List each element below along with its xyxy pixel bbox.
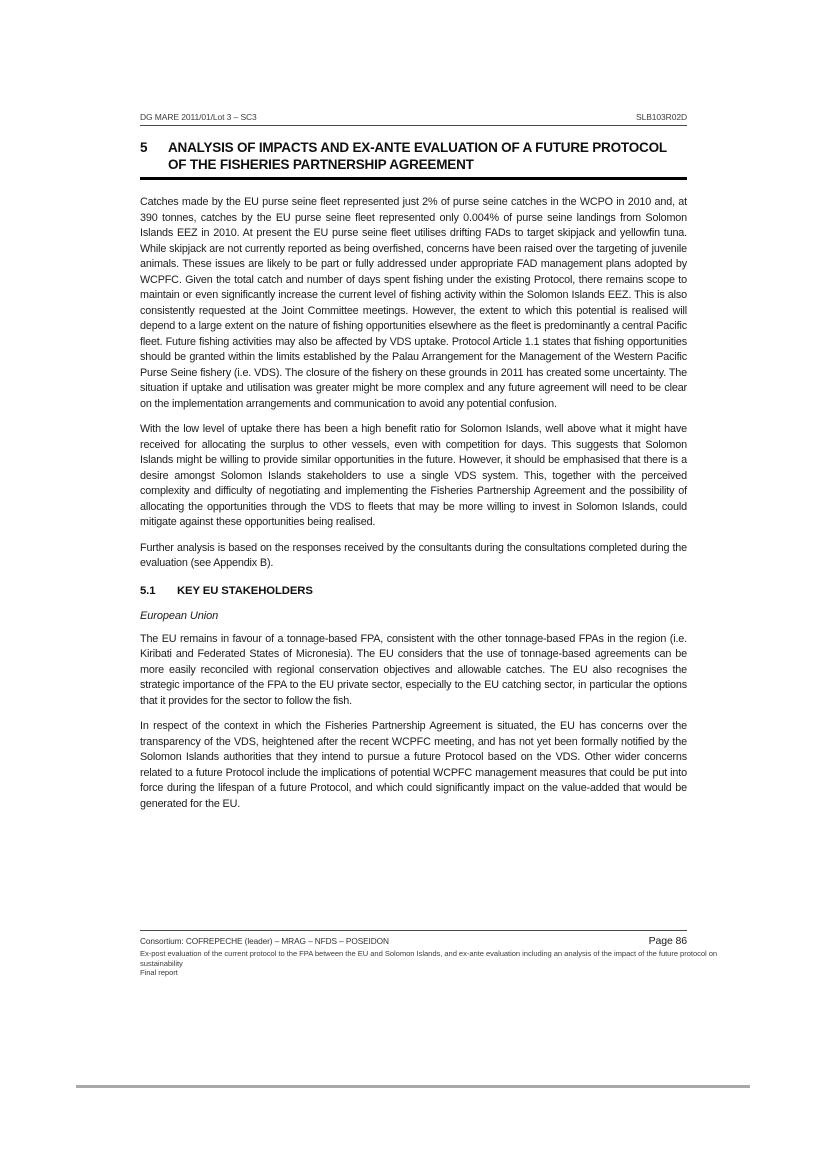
section-number: 5.1 bbox=[140, 585, 177, 597]
paragraph: Further analysis is based on the respons… bbox=[140, 541, 687, 572]
header-right-reference: SLB103R02D bbox=[636, 112, 687, 122]
chapter-number: 5 bbox=[140, 139, 168, 173]
header-left-reference: DG MARE 2011/01/Lot 3 – SC3 bbox=[140, 112, 257, 122]
subsection-title: European Union bbox=[140, 610, 687, 622]
section-title: KEY EU STAKEHOLDERS bbox=[177, 585, 313, 597]
footer-page-number: Page 86 bbox=[649, 935, 687, 947]
page-break-separator bbox=[76, 1085, 750, 1088]
footer-rule bbox=[140, 930, 687, 931]
paragraph: With the low level of uptake there has b… bbox=[140, 422, 687, 531]
page-content: DG MARE 2011/01/Lot 3 – SC3 SLB103R02D 5… bbox=[140, 112, 687, 812]
chapter-title: ANALYSIS OF IMPACTS AND EX-ANTE EVALUATI… bbox=[168, 139, 687, 173]
page-footer: Consortium: COFREPECHE (leader) – MRAG –… bbox=[140, 930, 687, 978]
page-header: DG MARE 2011/01/Lot 3 – SC3 SLB103R02D bbox=[140, 112, 687, 126]
chapter-heading: 5 ANALYSIS OF IMPACTS AND EX-ANTE EVALUA… bbox=[140, 139, 687, 173]
paragraph: In respect of the context in which the F… bbox=[140, 719, 687, 812]
footer-consortium: Consortium: COFREPECHE (leader) – MRAG –… bbox=[140, 936, 389, 946]
paragraph: Catches made by the EU purse seine fleet… bbox=[140, 195, 687, 412]
paragraph: The EU remains in favour of a tonnage-ba… bbox=[140, 632, 687, 710]
heading-rule bbox=[140, 177, 687, 180]
document-page: DG MARE 2011/01/Lot 3 – SC3 SLB103R02D 5… bbox=[0, 0, 826, 1169]
section-heading: 5.1 KEY EU STAKEHOLDERS bbox=[140, 585, 687, 597]
footer-report-description: Ex-post evaluation of the current protoc… bbox=[140, 949, 730, 968]
footer-row: Consortium: COFREPECHE (leader) – MRAG –… bbox=[140, 935, 687, 947]
footer-report-type: Final report bbox=[140, 968, 730, 978]
footer-fineprint: Ex-post evaluation of the current protoc… bbox=[140, 949, 730, 978]
